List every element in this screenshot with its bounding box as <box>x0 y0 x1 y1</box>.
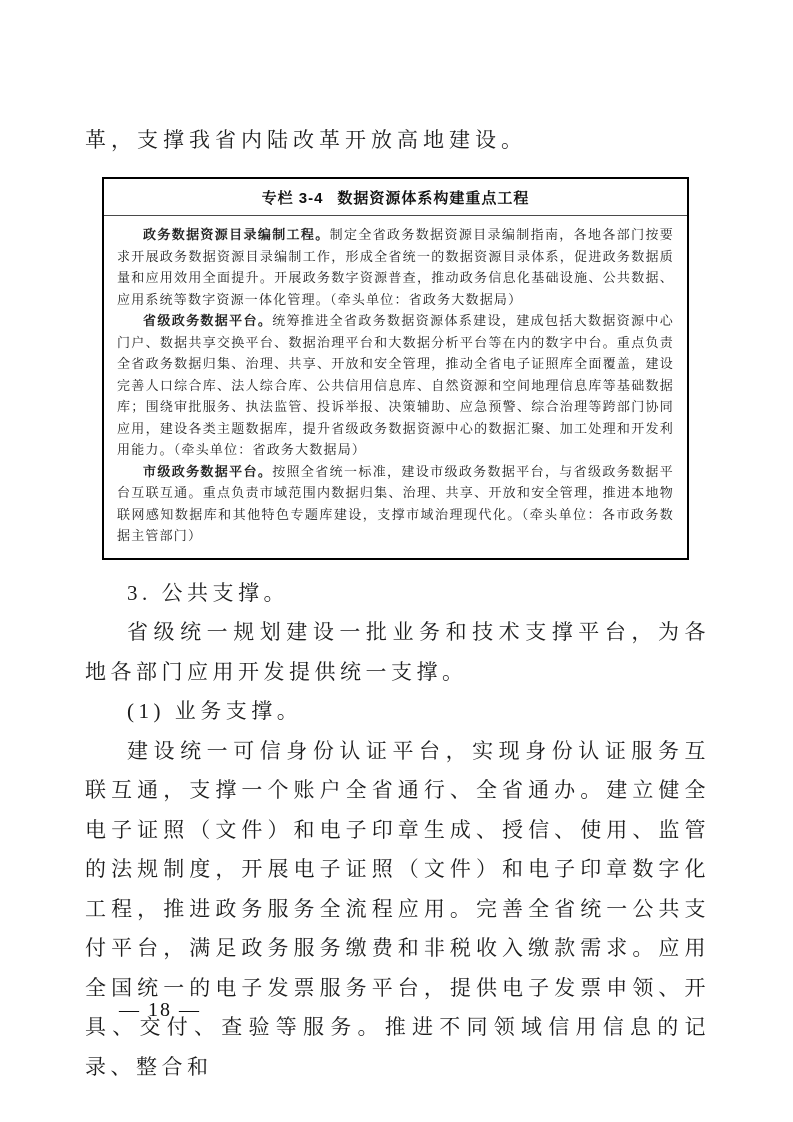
box-paragraph-text: 统筹推进全省政务数据资源体系建设，建成包括大数据资源中心门户、数据共享交换平台、… <box>117 313 674 457</box>
box-paragraph-lead: 省级政务数据平台。 <box>143 313 272 328</box>
column-box-3-4: 专栏 3-4数据资源体系构建重点工程 政务数据资源目录编制工程。制定全省政务数据… <box>102 177 689 560</box>
box-paragraph: 市级政务数据平台。按照全省统一标准，建设市级政务数据平台，与省级政务数据平台互联… <box>117 461 674 547</box>
page-number: — 18 — <box>119 999 201 1022</box>
box-title-text: 数据资源体系构建重点工程 <box>337 190 529 207</box>
box-body: 政务数据资源目录编制工程。制定全省政务数据资源目录编制指南，各地各部门按要求开展… <box>104 216 687 558</box>
subsection-heading-1-1: (1) 业务支撑。 <box>85 692 710 732</box>
box-paragraph-lead: 政务数据资源目录编制工程。 <box>143 227 330 242</box>
text-column: 革，支撑我省内陆改革开放高地建设。 专栏 3-4数据资源体系构建重点工程 政务数… <box>85 120 710 1087</box>
box-title: 专栏 3-4数据资源体系构建重点工程 <box>104 179 687 216</box>
box-paragraph-lead: 市级政务数据平台。 <box>143 464 272 479</box>
body-paragraph: 建设统一可信身份认证平台，实现身份认证服务互联互通，支撑一个账户全省通行、全省通… <box>85 732 710 1088</box>
body-paragraph: 省级统一规划建设一批业务和技术支撑平台，为各地各部门应用开发提供统一支撑。 <box>85 613 710 692</box>
section-heading-3: 3. 公共支撑。 <box>85 574 710 614</box>
document-page: 革，支撑我省内陆改革开放高地建设。 专栏 3-4数据资源体系构建重点工程 政务数… <box>0 0 793 1122</box>
box-label: 专栏 3-4 <box>262 190 324 207</box>
body-paragraph-continuation: 革，支撑我省内陆改革开放高地建设。 <box>85 120 710 160</box>
box-paragraph: 政务数据资源目录编制工程。制定全省政务数据资源目录编制指南，各地各部门按要求开展… <box>117 224 674 310</box>
box-paragraph: 省级政务数据平台。统筹推进全省政务数据资源体系建设，建成包括大数据资源中心门户、… <box>117 310 674 461</box>
